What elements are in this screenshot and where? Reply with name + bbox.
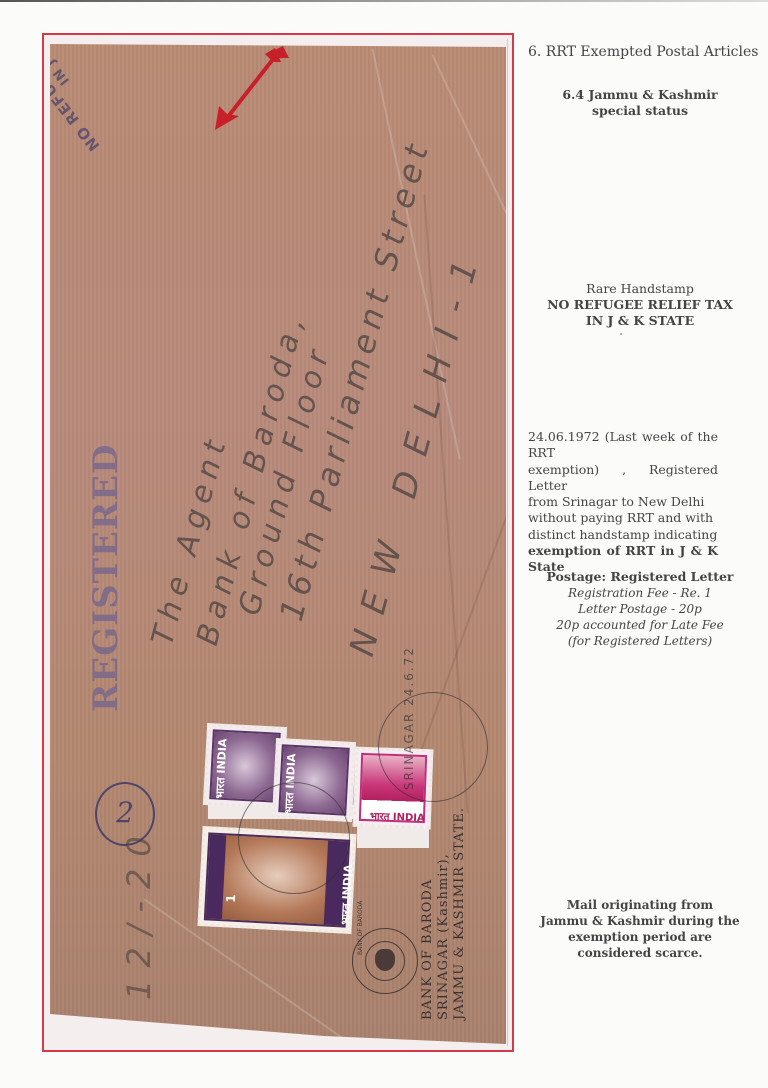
subsection-line: 6.4 Jammu & Kashmir — [520, 87, 760, 103]
scarcity-line: Mail originating from — [520, 897, 760, 913]
sender-address-line: JAMMU & KASHMIR STATE. — [452, 807, 468, 1020]
description-line: distinct handstamp indicating — [528, 527, 718, 543]
rare-handstamp-note: Rare Handstamp NO REFUGEE RELIEF TAX IN … — [520, 281, 760, 329]
sender-address: BANK OF BARODA SRINAGAR (Kashmir), JAMMU… — [420, 807, 468, 1020]
postmark-text: SRINAGAR 24.6.72 — [402, 646, 416, 790]
bank-of-baroda-seal: BANK OF BARODA — [352, 928, 418, 994]
crease — [431, 54, 506, 263]
sender-address-line: BANK OF BARODA — [420, 807, 436, 1020]
pencil-note: 12/-20 — [120, 824, 158, 1000]
description-line: from Srinagar to New Delhi — [528, 494, 718, 510]
scarcity-line: Jammu & Kashmir during the — [520, 913, 760, 929]
postage-line: (for Registered Letters) — [520, 633, 760, 649]
postage-heading: Postage: Registered Letter — [520, 569, 760, 585]
no-rrt-handstamp: NO REFUGEE RELIEF TAX IN J & K STATE — [50, 44, 117, 154]
stamp-country: भारत INDIA — [370, 808, 425, 824]
scarcity-note: Mail originating from Jammu & Kashmir du… — [520, 897, 760, 961]
stamp-value: 1 — [224, 894, 238, 903]
scarcity-line: considered scarce. — [520, 945, 760, 961]
description-line: exemption) , Registered Letter — [528, 462, 718, 495]
speck — [620, 333, 622, 335]
bank-emblem-icon — [375, 949, 395, 971]
registered-stamp: REGISTERED — [86, 443, 126, 712]
frame-inner-line — [507, 39, 508, 1046]
stamp-country: भारत INDIA — [338, 864, 356, 925]
seal-text: BANK OF BARODA — [357, 901, 364, 955]
postage-line: Registration Fee - Re. 1 — [520, 585, 760, 601]
stamp-country: भारत INDIA — [212, 738, 230, 799]
rare-line: NO REFUGEE RELIEF TAX — [520, 297, 760, 313]
page-top-edge — [0, 0, 768, 2]
scarcity-line: exemption period are — [520, 929, 760, 945]
section-title: 6. RRT Exempted Postal Articles — [528, 44, 758, 60]
postage-note: Postage: Registered Letter Registration … — [520, 569, 760, 649]
description-line: without paying RRT and with — [528, 510, 718, 526]
subsection-line: special status — [520, 103, 760, 119]
red-arrow-icon — [205, 40, 295, 140]
stamp-selvage — [357, 826, 429, 848]
postage-line: 20p accounted for Late Fee — [520, 617, 760, 633]
cover-description: 24.06.1972 (Last week of the RRT exempti… — [528, 429, 718, 576]
sender-address-line: SRINAGAR (Kashmir), — [436, 807, 452, 1020]
description-line: 24.06.1972 (Last week of the RRT — [528, 429, 718, 462]
rare-label: Rare Handstamp — [520, 281, 760, 297]
postage-line: Letter Postage - 20p — [520, 601, 760, 617]
srinagar-postmark — [378, 692, 488, 802]
subsection-heading: 6.4 Jammu & Kashmir special status — [520, 87, 760, 119]
srinagar-postmark — [238, 782, 350, 894]
rare-line: IN J & K STATE — [520, 313, 760, 329]
